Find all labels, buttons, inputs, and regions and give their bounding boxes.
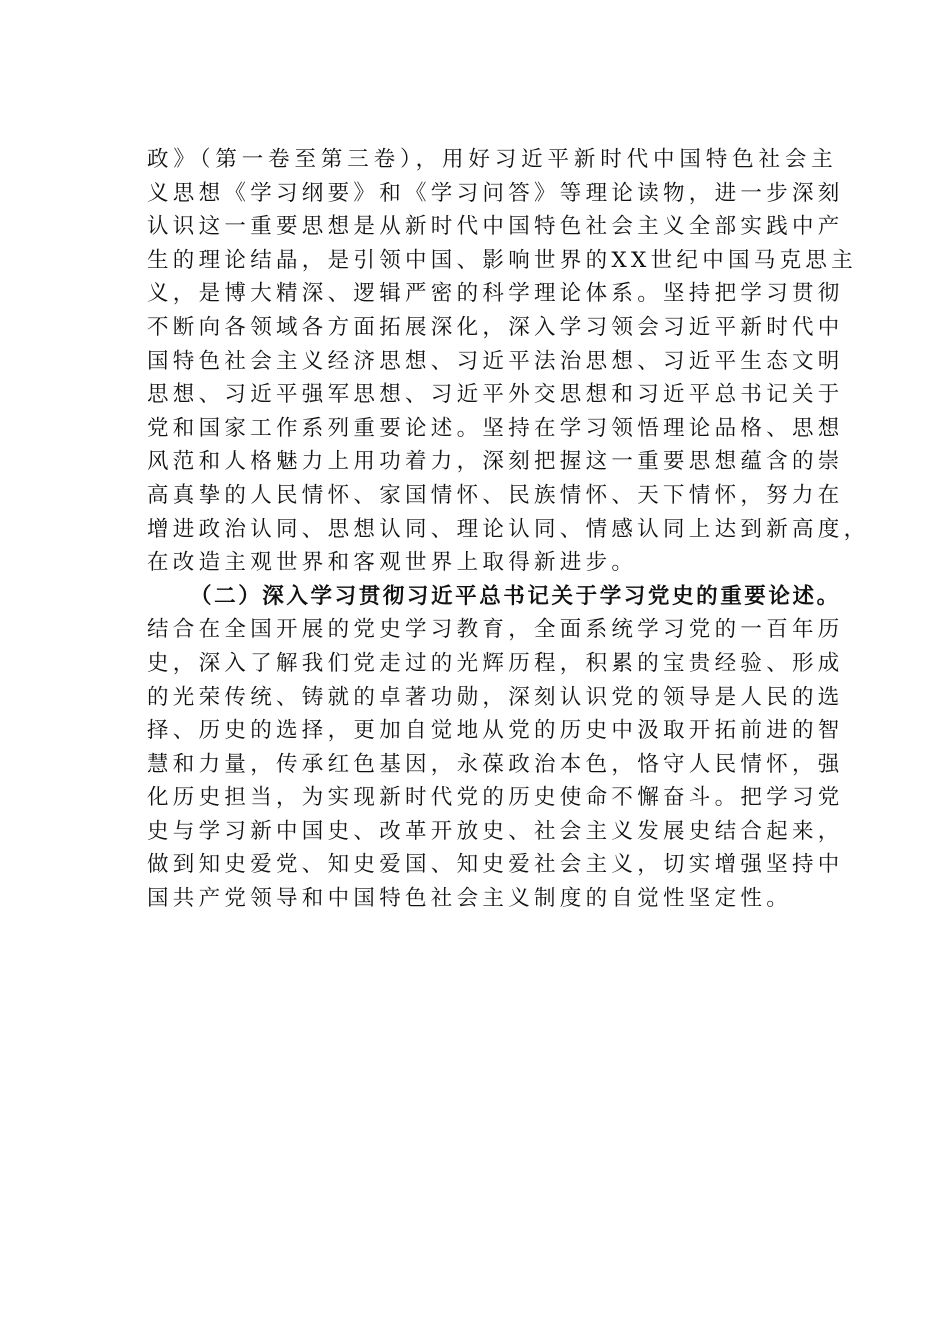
text-line: 政》（第一卷至第三卷），用好习近平新时代中国特色社会主: [147, 143, 837, 177]
text-line: 在改造主观世界和客观世界上取得新进步。: [147, 546, 837, 580]
text-line: 的光荣传统、铸就的卓著功勋，深刻认识党的领导是人民的选: [147, 681, 837, 715]
text-line: 结合在全国开展的党史学习教育，全面系统学习党的一百年历: [147, 613, 837, 647]
paragraph-study-thought: 政》（第一卷至第三卷），用好习近平新时代中国特色社会主 义思想《学习纲要》和《学…: [147, 143, 837, 580]
text-line: 认识这一重要思想是从新时代中国特色社会主义全部实践中产: [147, 210, 837, 244]
text-line: 国特色社会主义经济思想、习近平法治思想、习近平生态文明: [147, 345, 837, 379]
text-line: 做到知史爱党、知史爱国、知史爱社会主义，切实增强坚持中: [147, 848, 837, 882]
text-line: 国共产党领导和中国特色社会主义制度的自觉性坚定性。: [147, 882, 837, 916]
text-line: 思想、习近平强军思想、习近平外交思想和习近平总书记关于: [147, 378, 837, 412]
text-line: 高真挚的人民情怀、家国情怀、民族情怀、天下情怀，努力在: [147, 479, 837, 513]
text-line: 慧和力量，传承红色基因，永葆政治本色，恪守人民情怀，强: [147, 748, 837, 782]
text-line: 风范和人格魅力上用功着力，深刻把握这一重要思想蕴含的崇: [147, 445, 837, 479]
text-line: 增进政治认同、思想认同、理论认同、情感认同上达到新高度，: [147, 513, 837, 547]
text-line: 史，深入了解我们党走过的光辉历程，积累的宝贵经验、形成: [147, 647, 837, 681]
text-line: 化历史担当，为实现新时代党的历史使命不懈奋斗。把学习党: [147, 781, 837, 815]
text-line: 义，是博大精深、逻辑严密的科学理论体系。坚持把学习贯彻: [147, 277, 837, 311]
text-line: 史与学习新中国史、改革开放史、社会主义发展史结合起来，: [147, 815, 837, 849]
document-page: 政》（第一卷至第三卷），用好习近平新时代中国特色社会主 义思想《学习纲要》和《学…: [147, 143, 837, 916]
text-line: 不断向各领域各方面拓展深化，深入学习领会习近平新时代中: [147, 311, 837, 345]
text-line: 生的理论结晶，是引领中国、影响世界的XX世纪中国马克思主: [147, 244, 837, 278]
text-line: 义思想《学习纲要》和《学习问答》等理论读物，进一步深刻: [147, 177, 837, 211]
section-heading: （二）深入学习贯彻习近平总书记关于学习党史的重要论述。: [147, 580, 837, 614]
text-line: 择、历史的选择，更加自觉地从党的历史中汲取开拓前进的智: [147, 714, 837, 748]
text-line: 党和国家工作系列重要论述。坚持在学习领悟理论品格、思想: [147, 412, 837, 446]
section-party-history: （二）深入学习贯彻习近平总书记关于学习党史的重要论述。 结合在全国开展的党史学习…: [147, 580, 837, 916]
